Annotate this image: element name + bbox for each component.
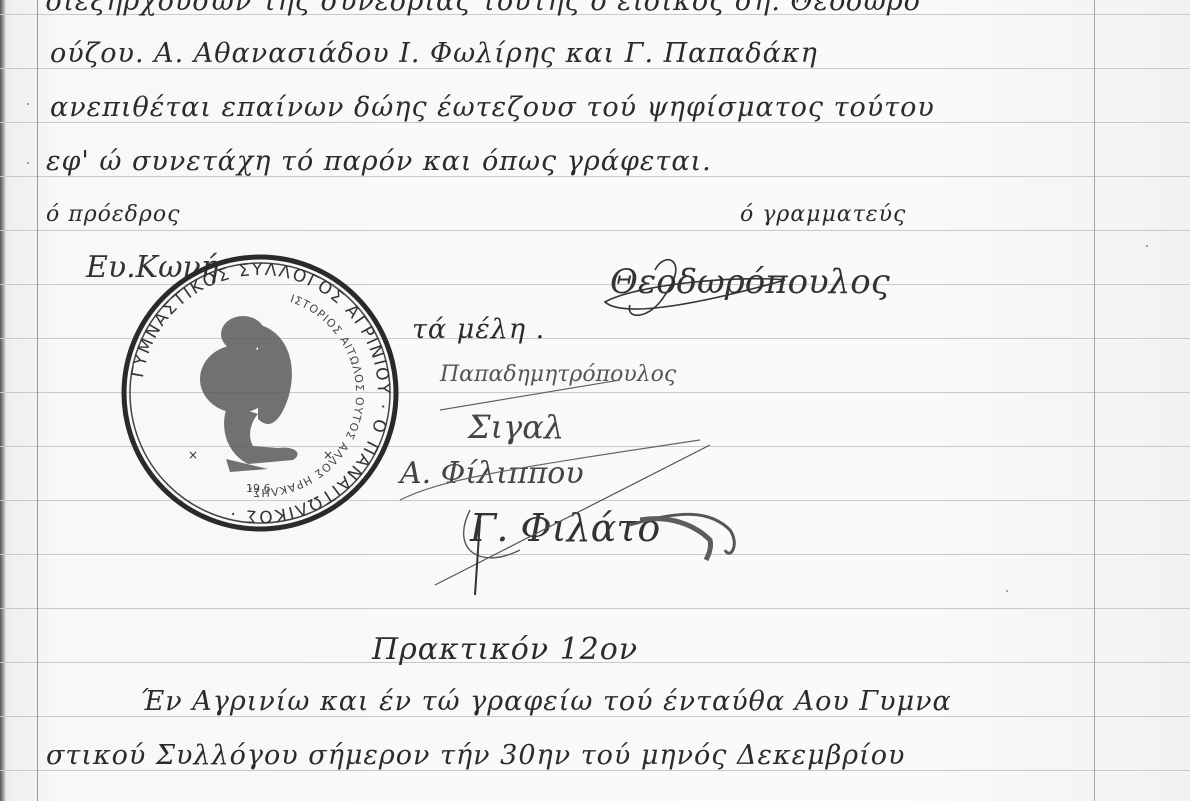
minutes-heading: Πρακτικόν 12ον bbox=[372, 632, 638, 667]
ruled-line bbox=[0, 230, 1190, 231]
binding-shadow bbox=[0, 0, 6, 801]
president-label: ό πρόεδρος bbox=[46, 202, 180, 227]
svg-text:19 6: 19 6 bbox=[246, 482, 271, 495]
minutes-line-1: Έν Αγρινίω και έν τώ γραφείω τού ένταύθα… bbox=[140, 686, 952, 717]
body-line-4: εφ' ώ συνετάχη τό παρόν και όπως γράφετα… bbox=[46, 146, 712, 177]
paper-speck bbox=[1146, 245, 1148, 247]
society-seal-stamp: ΓΥΜΝΑΣΤΙΚΟΣ ΣΥΛΛΟΓΟΣ ΑΓΡΙΝΙΟΥ · Ο ΠΑΝΑΙΤ… bbox=[118, 254, 402, 532]
paper-speck bbox=[27, 162, 29, 164]
ledger-page: διεξηρχουσών της συνεδρίας τούτης ό ειδι… bbox=[0, 0, 1190, 801]
ink-blot bbox=[640, 490, 760, 570]
body-line-1: διεξηρχουσών της συνεδρίας τούτης ό ειδι… bbox=[46, 0, 921, 17]
paper-speck bbox=[1006, 590, 1008, 592]
svg-text:×: × bbox=[323, 448, 333, 462]
paper-speck bbox=[27, 103, 29, 105]
seal-icon: ΓΥΜΝΑΣΤΙΚΟΣ ΣΥΛΛΟΓΟΣ ΑΓΡΙΝΙΟΥ · Ο ΠΑΝΑΙΤ… bbox=[118, 254, 402, 532]
members-label: τά μέλη . bbox=[412, 314, 545, 345]
svg-text:×: × bbox=[188, 448, 198, 462]
secretary-flourish bbox=[595, 240, 955, 330]
right-margin-line bbox=[1094, 0, 1095, 801]
left-margin-line bbox=[37, 0, 38, 801]
body-line-3: ανεπιθέται επαίνων δώης έωτεζουσ τού ψηφ… bbox=[50, 92, 935, 123]
secretary-label: ό γραμματεύς bbox=[740, 202, 906, 227]
minutes-line-2: στικού Συλλόγου σήμερον τήν 30ην τού μην… bbox=[46, 740, 905, 771]
body-line-2: ούζου. Α. Αθανασιάδου Ι. Φωλίρης και Γ. … bbox=[50, 38, 818, 69]
heracles-emblem-icon bbox=[200, 316, 298, 472]
ruled-line bbox=[0, 608, 1190, 609]
